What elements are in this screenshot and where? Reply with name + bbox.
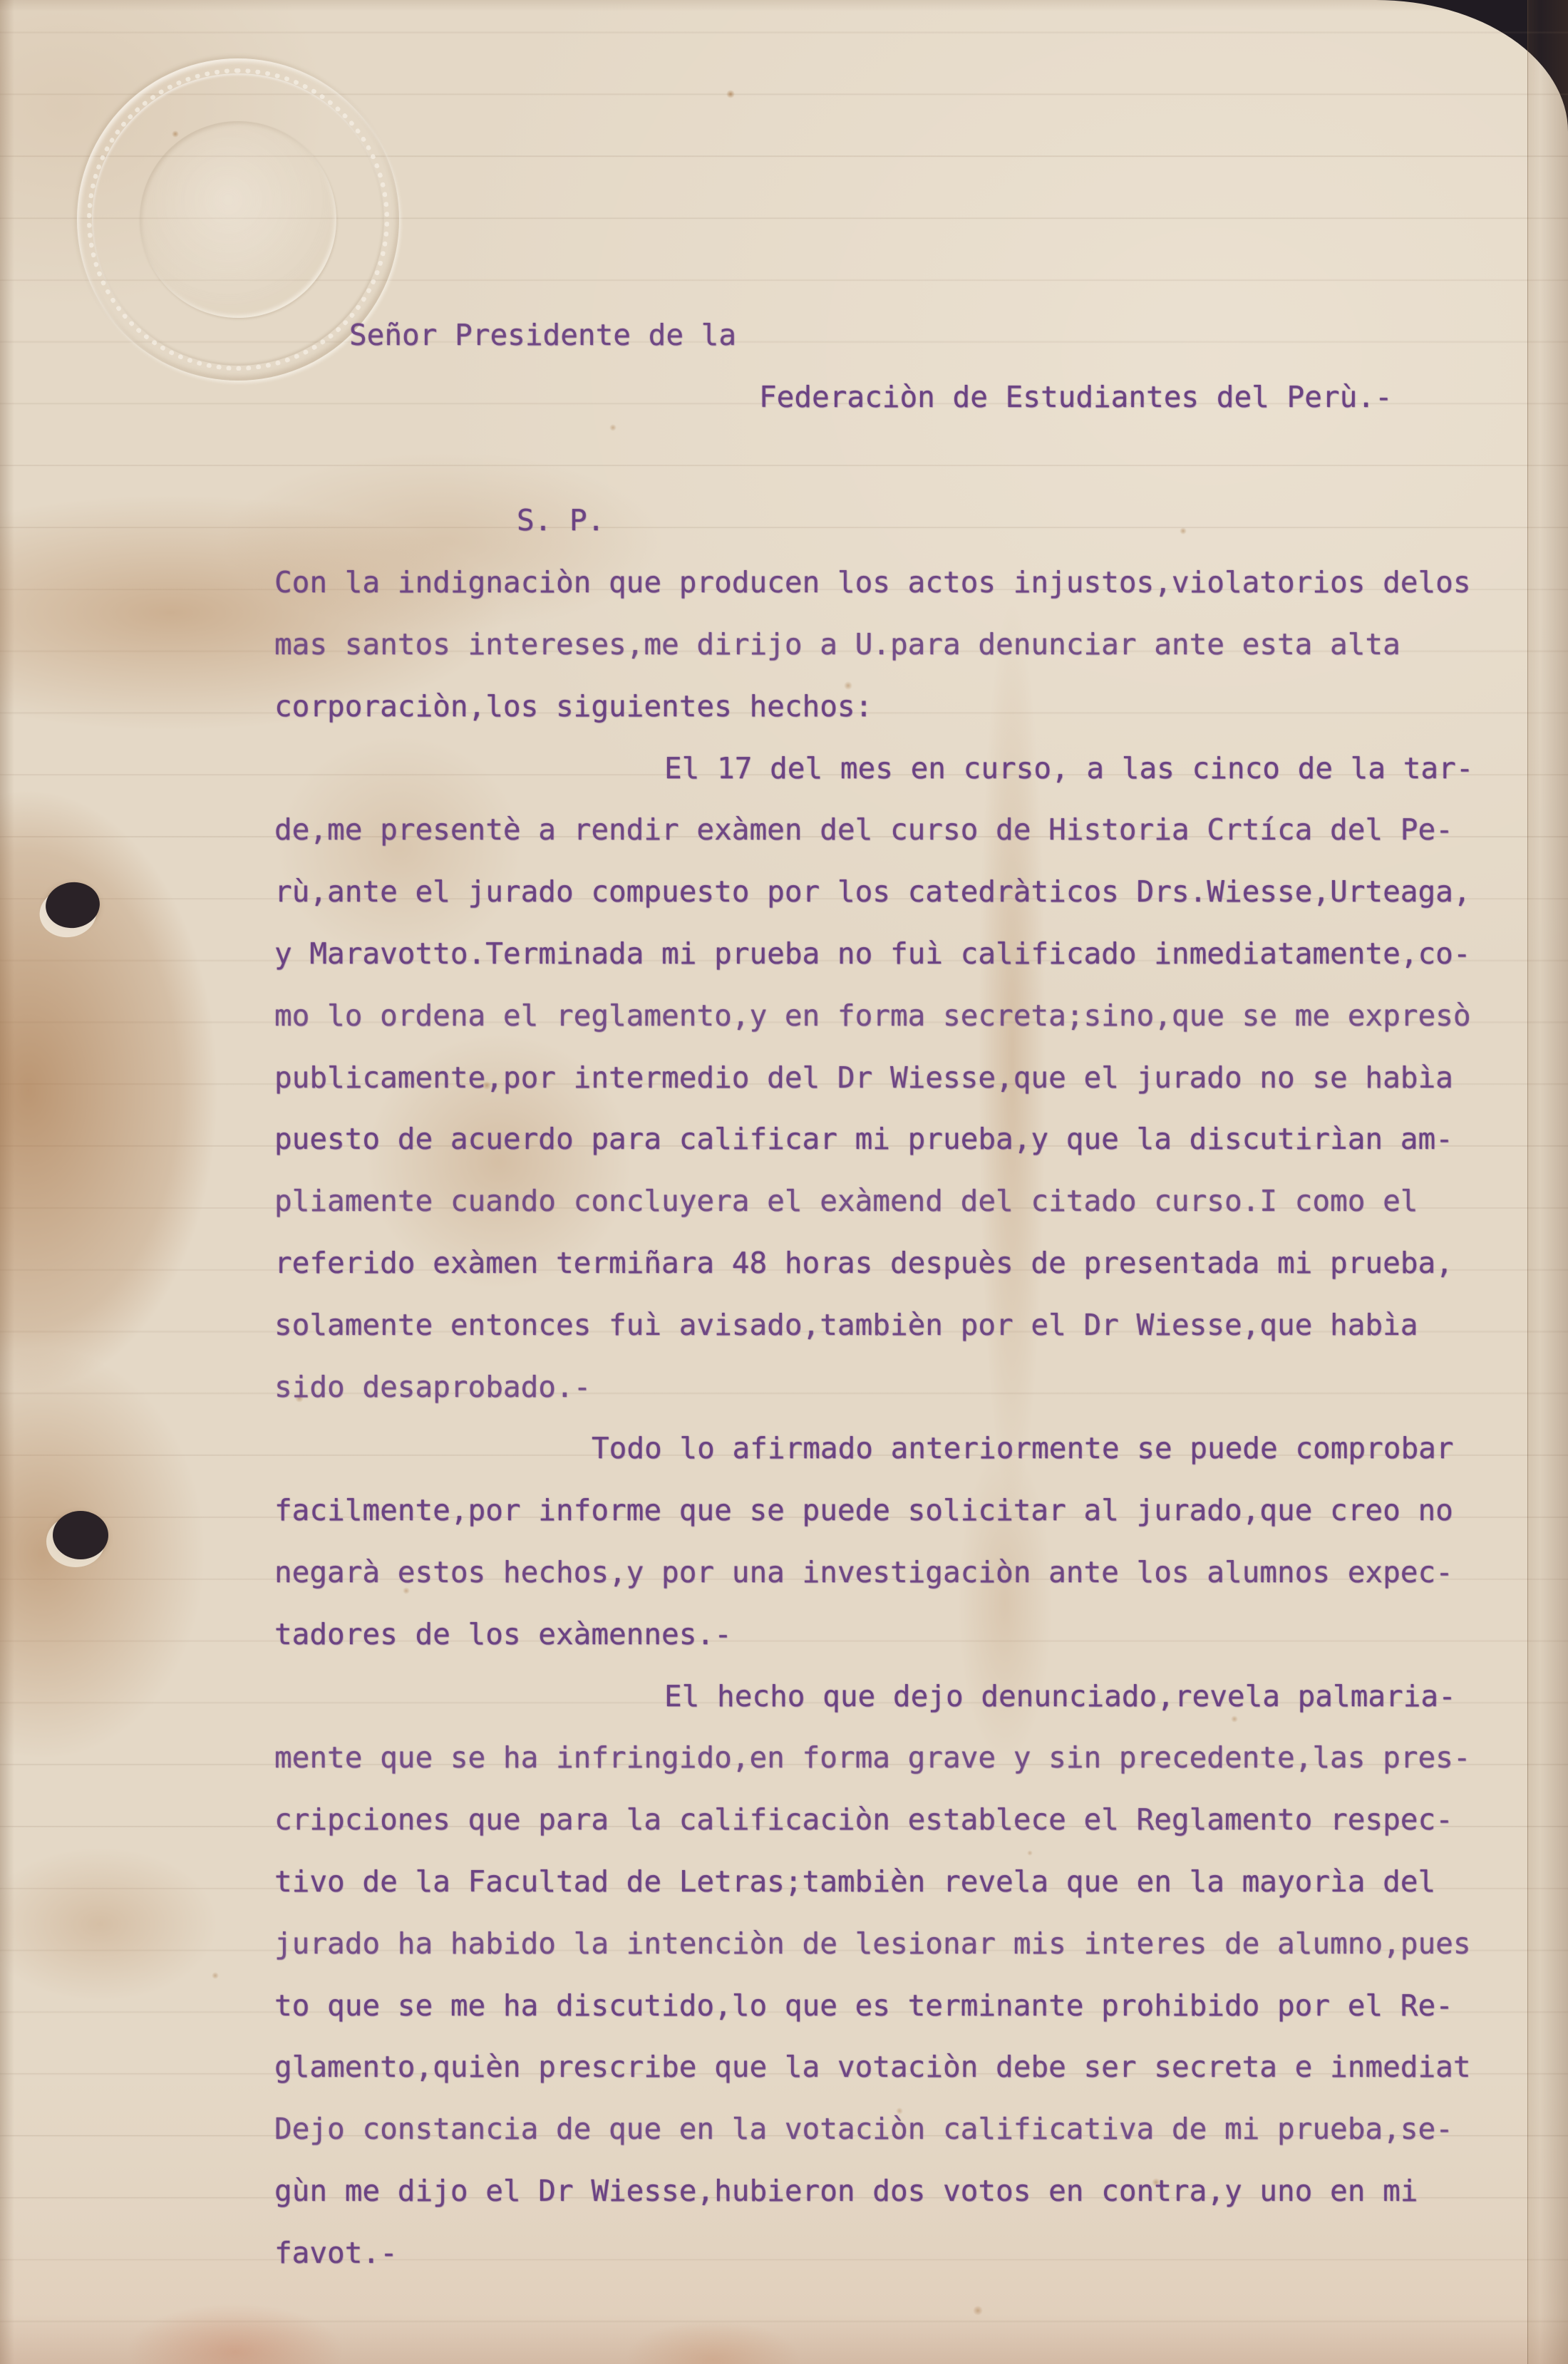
typed-line: facilmente,por informe que se puede soli…	[274, 1480, 1529, 1542]
typed-line: tivo de la Facultad de Letras;tambièn re…	[274, 1851, 1529, 1913]
seal-center	[140, 121, 336, 318]
typed-line: Señor Presidente de la	[274, 304, 1529, 366]
typed-line: Dejo constancia de que en la votaciòn ca…	[274, 2098, 1529, 2160]
typed-line: Todo lo afirmado anteriormente se puede …	[274, 1418, 1529, 1480]
typed-line: sido desaprobado.-	[274, 1356, 1529, 1418]
typed-line: S. P.	[274, 490, 1529, 552]
typed-line: pliamente cuando concluyera el exàmend d…	[274, 1170, 1529, 1232]
typed-line: El 17 del mes en curso, a las cinco de l…	[274, 738, 1529, 800]
typed-line: mo lo ordena el reglamento,y en forma se…	[274, 985, 1529, 1047]
document-page: Señor Presidente de laFederaciòn de Estu…	[0, 0, 1568, 2364]
typed-line: cripciones que para la calificaciòn esta…	[274, 1789, 1529, 1851]
typed-line: y Maravotto.Terminada mi prueba no fuì c…	[274, 923, 1529, 985]
right-edge-fold	[1527, 0, 1568, 2364]
typed-line: jurado ha habido la intenciòn de lesiona…	[274, 1913, 1529, 1975]
typed-line: Con la indignaciòn que producen los acto…	[274, 552, 1529, 614]
typed-line: Federaciòn de Estudiantes del Perù.-	[274, 366, 1529, 428]
typed-line	[274, 428, 1529, 490]
typed-line: gùn me dijo el Dr Wiesse,hubieron dos vo…	[274, 2160, 1529, 2222]
typed-line: rù,ante el jurado compuesto por los cate…	[274, 861, 1529, 923]
typed-line: negarà estos hechos,y por una investigac…	[274, 1542, 1529, 1604]
typed-line: corporaciòn,los siguientes hechos:	[274, 676, 1529, 738]
scan-background: Señor Presidente de laFederaciòn de Estu…	[0, 0, 1568, 2364]
typed-line: tadores de los exàmennes.-	[274, 1604, 1529, 1666]
typed-line: de,me presentè a rendir exàmen del curso…	[274, 799, 1529, 861]
typed-line: puesto de acuerdo para calificar mi prue…	[274, 1108, 1529, 1170]
typed-line: solamente entonces fuì avisado,tambièn p…	[274, 1294, 1529, 1356]
typed-line: mente que se ha infringido,en forma grav…	[274, 1727, 1529, 1789]
typed-line: mas santos intereses,me dirijo a U.para …	[274, 614, 1529, 676]
typed-line: publicamente,por intermedio del Dr Wiess…	[274, 1047, 1529, 1109]
typed-line: referido exàmen termiñara 48 horas despu…	[274, 1232, 1529, 1294]
typed-line: glamento,quièn prescribe que la votaciòn…	[274, 2036, 1529, 2098]
typed-line: El hecho que dejo denunciado,revela palm…	[274, 1666, 1529, 1728]
typed-line: favot.-	[274, 2222, 1529, 2284]
typed-line: to que se me ha discutido,lo que es term…	[274, 1975, 1529, 2037]
punch-hole-bottom	[53, 1511, 108, 1559]
letter-text: Señor Presidente de laFederaciòn de Estu…	[274, 304, 1529, 2284]
